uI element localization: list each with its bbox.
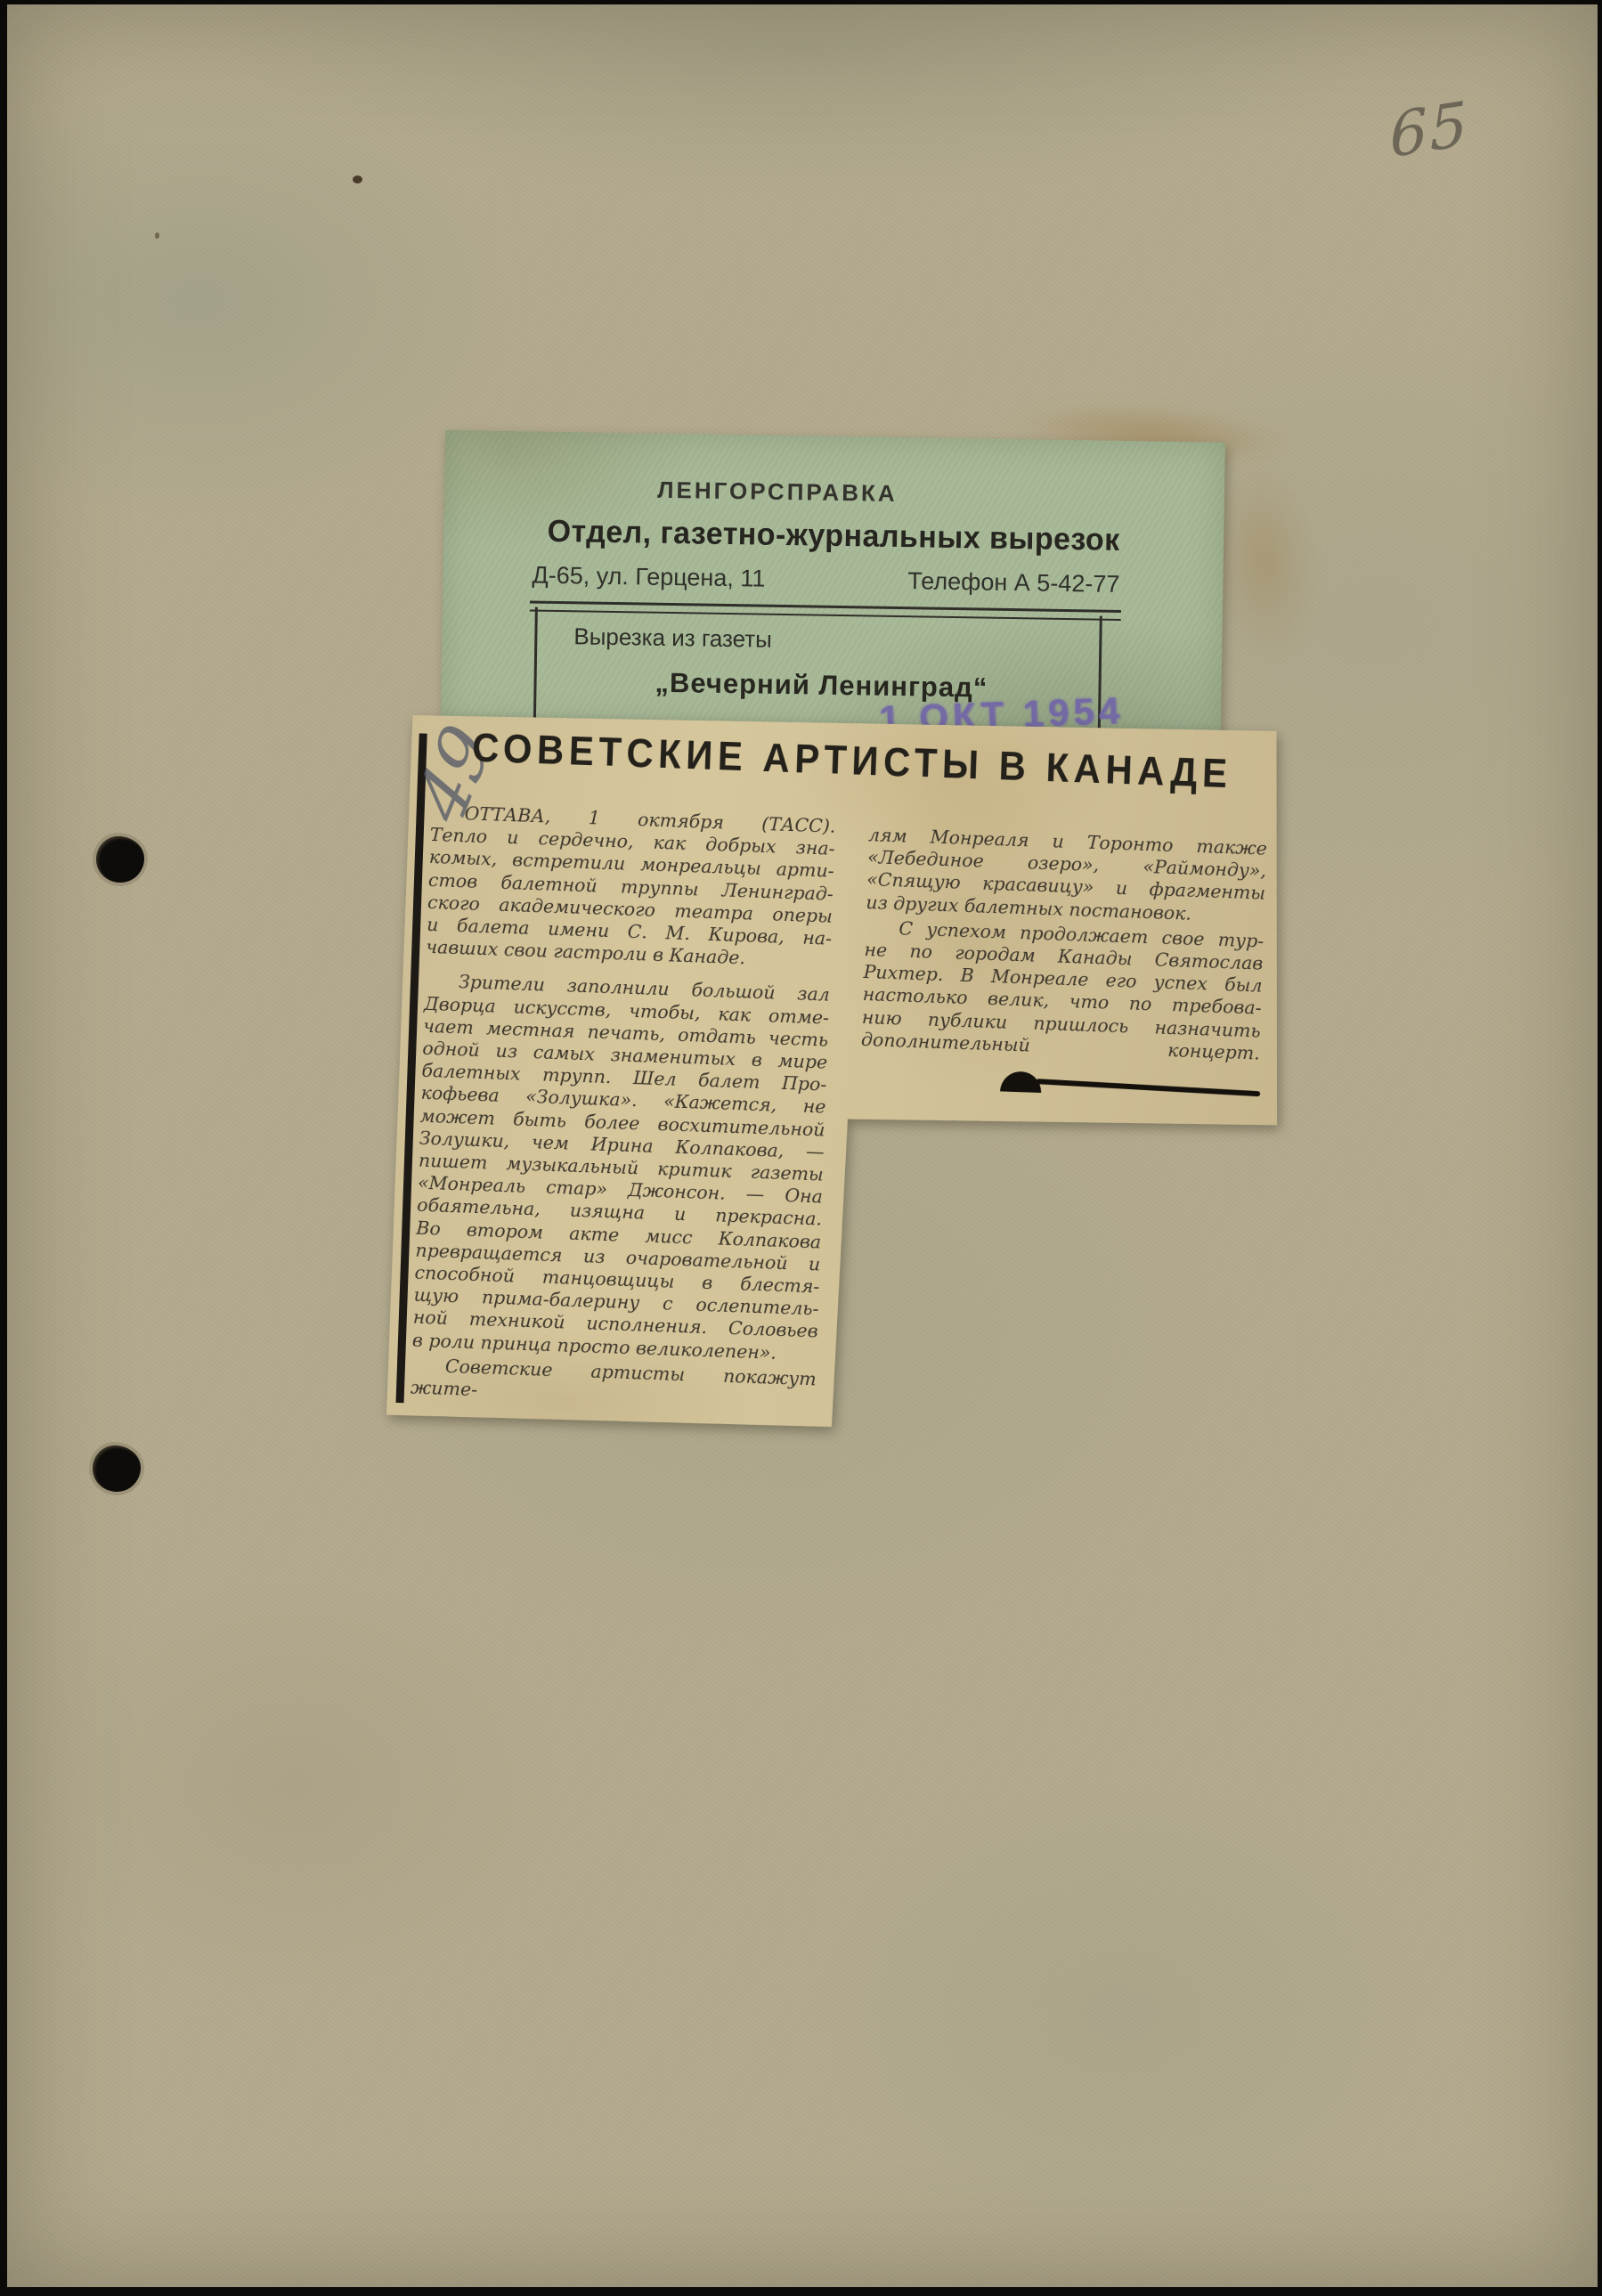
paper-speck [353, 175, 362, 183]
punch-hole [93, 1445, 141, 1492]
slip-address-row: Д-65, ул. Герцена, 11 Телефон А 5-42-77 [532, 562, 1119, 598]
slip-organization: ЛЕНГОРСПРАВКА [387, 472, 1167, 512]
pencil-page-number: 65 [1388, 89, 1470, 173]
paper-speck [155, 232, 159, 239]
slip-department: Отдел, газетно-журнальных вырезок [455, 512, 1212, 559]
newspaper-clipping: 49 СОВЕТСКИЕ АРТИСТЫ В КАНАДЕ ОТТАВА, 1 … [385, 701, 1292, 1447]
end-rule-line [1036, 1079, 1260, 1096]
slip-clipping-from-label: Вырезка из газеты [573, 623, 772, 653]
lengorspravka-slip: ЛЕНГОРСПРАВКА Отдел, газетно-журнальных … [441, 430, 1225, 738]
album-page: 65 ЛЕНГОРСПРАВКА Отдел, газетно-журнальн… [7, 4, 1598, 2287]
slip-address: Д-65, ул. Герцена, 11 [532, 562, 765, 593]
clipping-headline: СОВЕТСКИЕ АРТИСТЫ В КАНАДЕ [471, 724, 1232, 797]
slip-divider-rule [530, 601, 1121, 621]
clipping-paper: 49 СОВЕТСКИЕ АРТИСТЫ В КАНАДЕ ОТТАВА, 1 … [385, 701, 1292, 1447]
punch-hole [96, 836, 144, 883]
scan-frame: 65 ЛЕНГОРСПРАВКА Отдел, газетно-журнальн… [0, 0, 1602, 2296]
clipping-column-right: лям Монреаля и Торонто также«Лебединое о… [861, 824, 1268, 1065]
clipping-column-left: ОТТАВА, 1 октября (ТАСС).Тепло и сердечн… [411, 802, 836, 1413]
slip-phone: Телефон А 5-42-77 [907, 567, 1120, 598]
